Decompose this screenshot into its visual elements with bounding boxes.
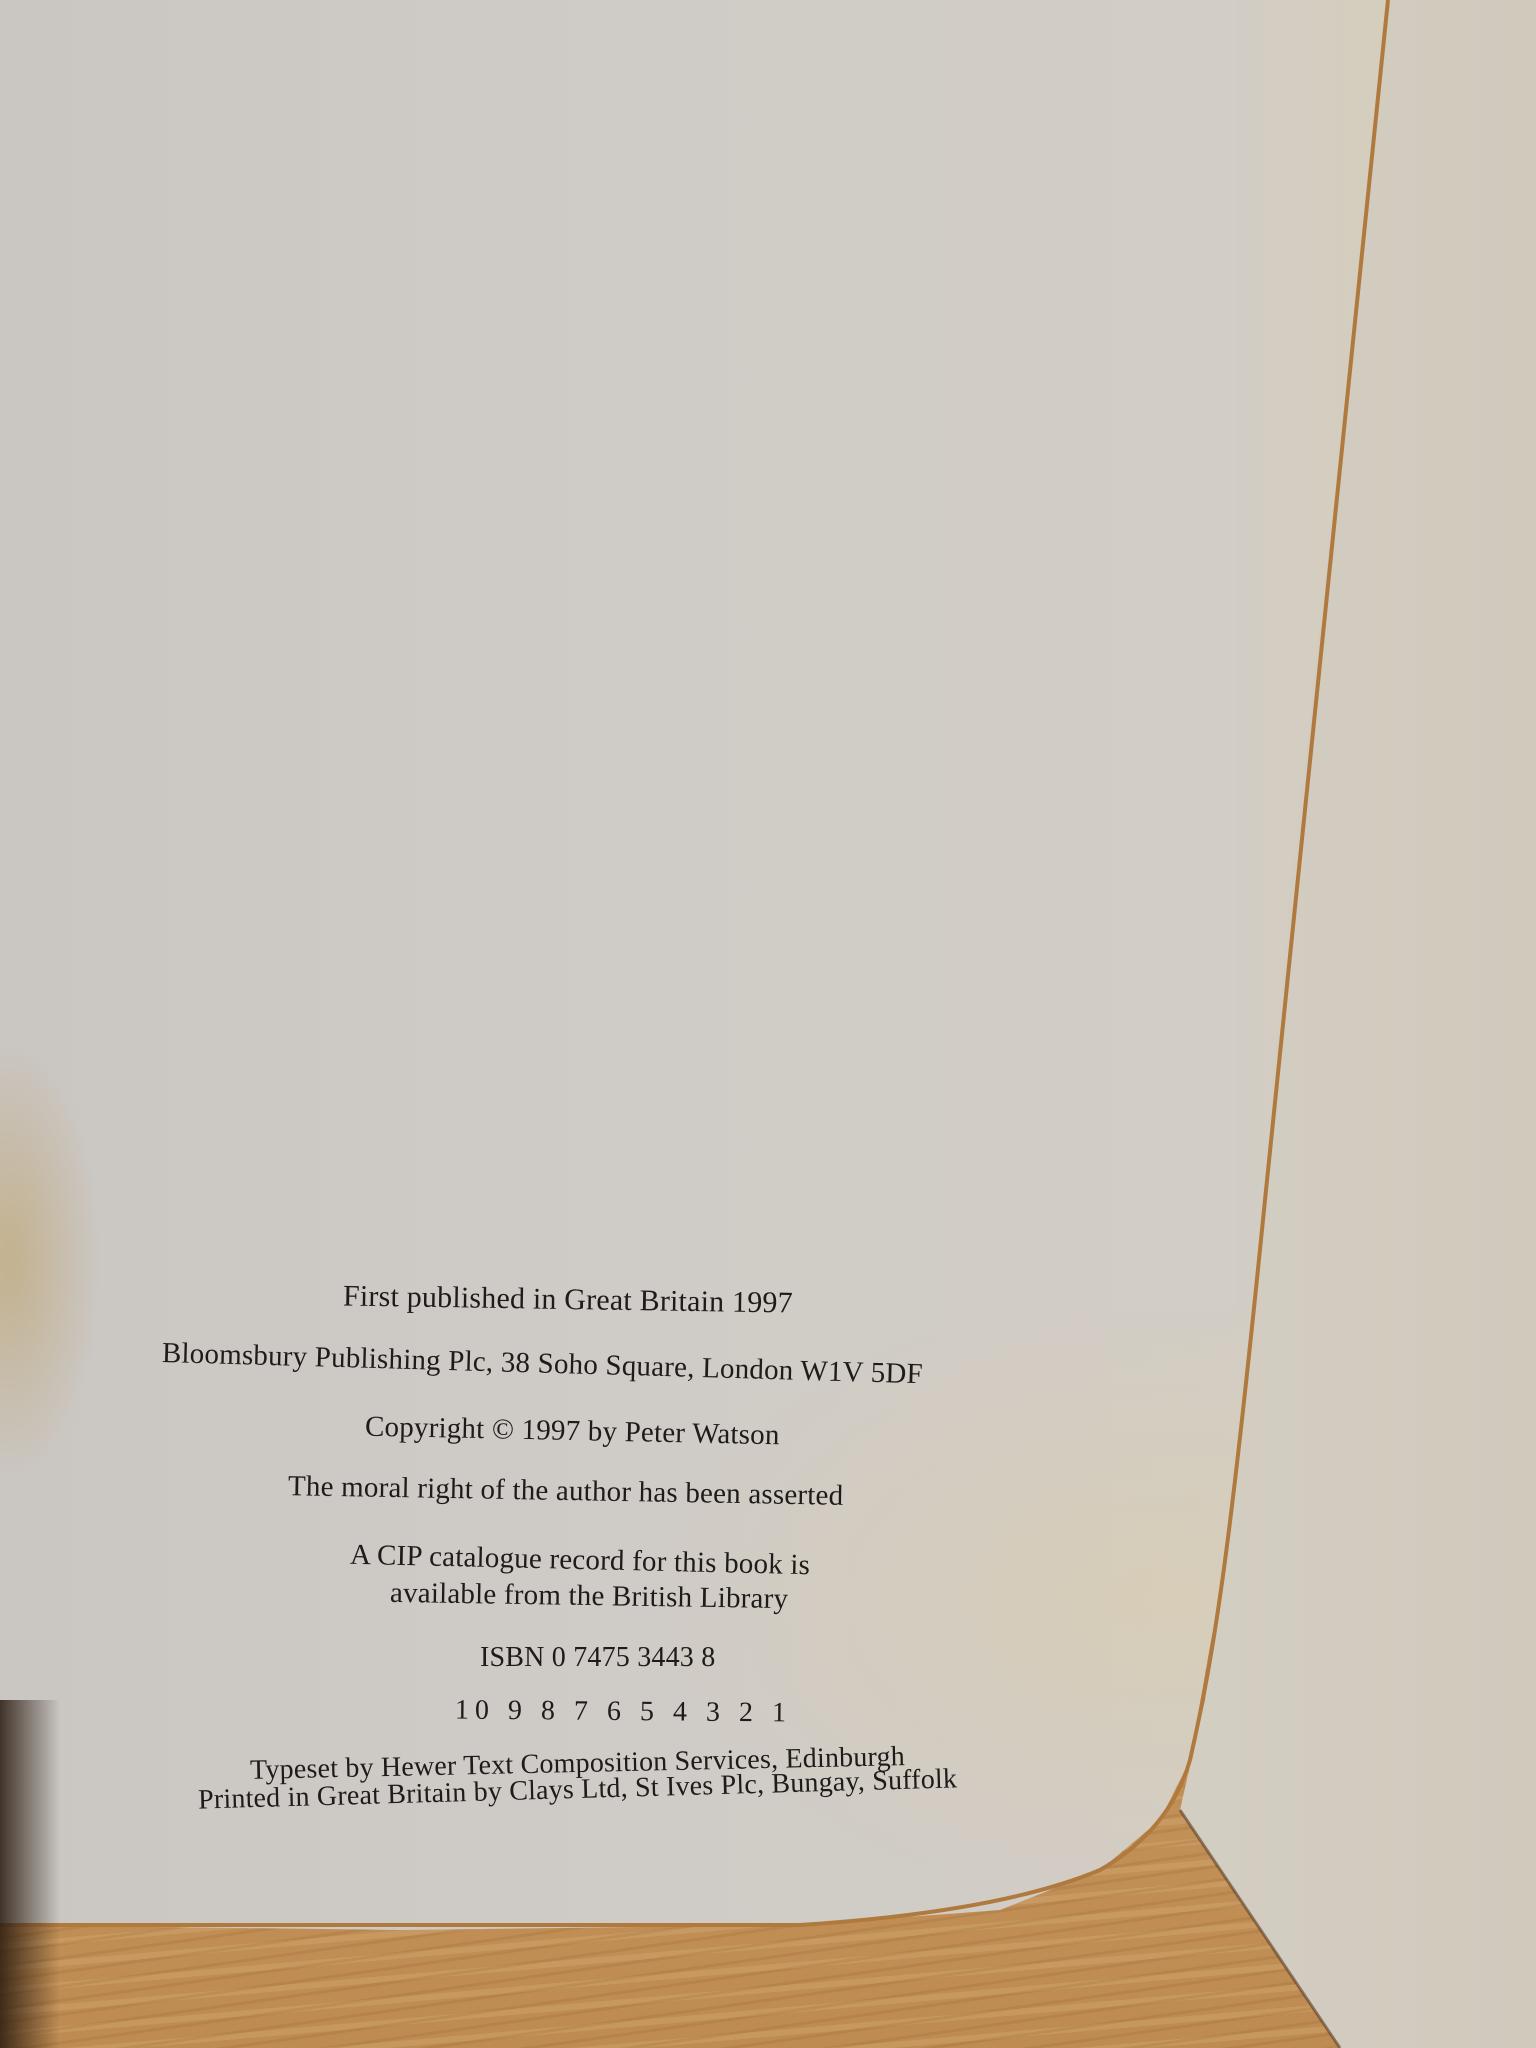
printing-numbers-line: 10 9 8 7 6 5 4 3 2 1 xyxy=(455,1695,792,1730)
first-published-line: First published in Great Britain 1997 xyxy=(343,1279,793,1320)
copyright-line: Copyright © 1997 by Peter Watson xyxy=(365,1411,780,1453)
cip-line-2: available from the British Library xyxy=(390,1577,789,1616)
copyright-text-block: First published in Great Britain 1997 Bl… xyxy=(0,0,1536,2048)
publisher-address-line: Bloomsbury Publishing Plc, 38 Soho Squar… xyxy=(162,1337,924,1391)
moral-right-line: The moral right of the author has been a… xyxy=(288,1470,844,1513)
cip-line-1: A CIP catalogue record for this book is xyxy=(350,1539,811,1582)
isbn-line: ISBN 0 7475 3443 8 xyxy=(480,1642,715,1674)
